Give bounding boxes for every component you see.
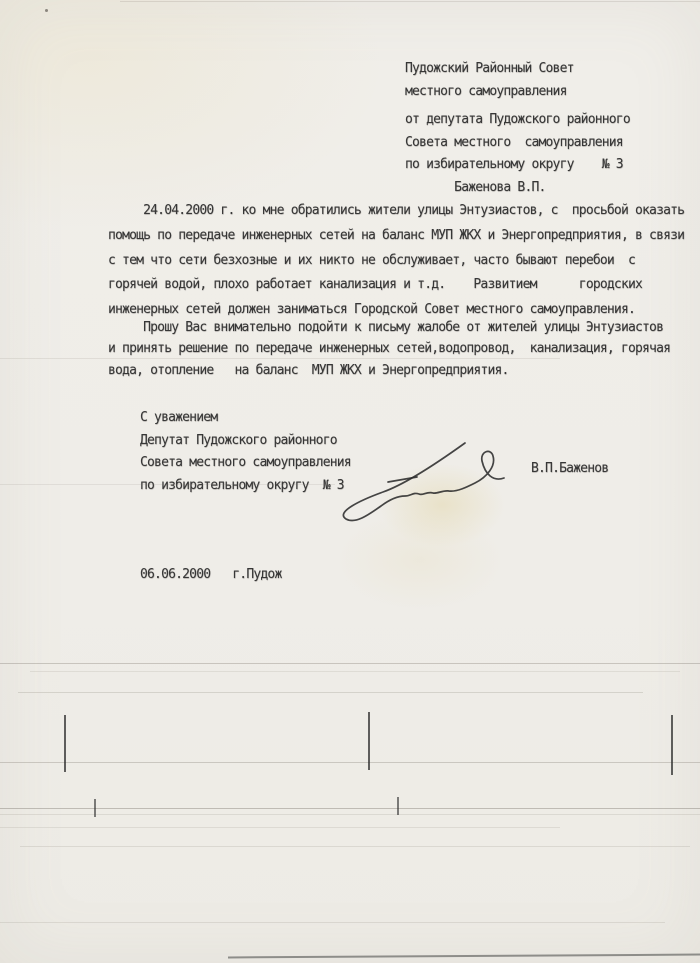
signatory-name: В.П.Баженов (531, 461, 608, 476)
scan-streak (0, 808, 700, 809)
scan-streak (0, 922, 665, 923)
body-paragraph-2: Прошу Вас внимательно подойти к письму ж… (108, 317, 670, 381)
scan-streak (0, 663, 700, 664)
fold-tick-mark (368, 712, 370, 770)
recipient-block: Пудожский Районный Совет местного самоуп… (405, 57, 574, 103)
ink-speck (45, 9, 48, 12)
body-paragraph-1: 24.04.2000 г. ко мне обратились жители у… (108, 199, 684, 323)
fold-tick-mark (94, 799, 96, 817)
scan-streak (120, 1, 700, 2)
fold-tick-mark (64, 715, 66, 772)
closing-signature-block: С уважением Депутат Пудожского районного… (140, 407, 351, 498)
scan-streak (20, 846, 690, 847)
date-line: 06.06.2000г.Пудож (140, 567, 281, 582)
handwritten-signature (333, 430, 519, 532)
fold-tick-mark (397, 797, 399, 815)
fold-tick-mark (671, 715, 673, 775)
scan-streak (0, 827, 560, 828)
scan-streak (0, 814, 700, 815)
scan-streak (0, 762, 700, 763)
page-bottom-edge (228, 954, 700, 959)
letter-place: г.Пудож (232, 567, 281, 582)
sender-block: от депутата Пудожского районного Совета … (405, 109, 630, 199)
scanned-letter-page: Пудожский Районный Совет местного самоуп… (0, 0, 700, 963)
scan-streak (18, 692, 643, 693)
scan-streak (30, 671, 680, 672)
letter-date: 06.06.2000 (140, 567, 210, 582)
